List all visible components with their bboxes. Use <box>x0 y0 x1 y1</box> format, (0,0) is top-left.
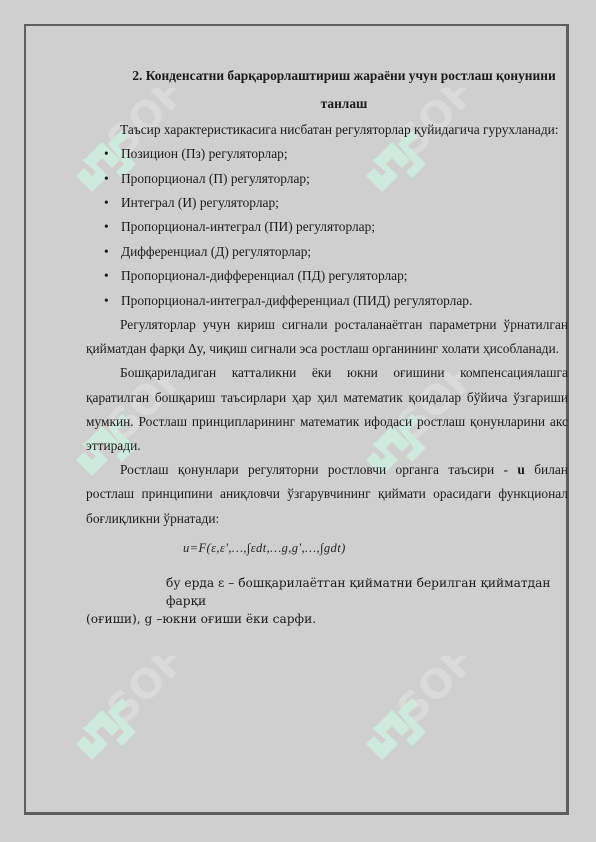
regulator-types-list: •Позицион (Пз) регуляторлар; •Пропорцион… <box>86 142 568 313</box>
list-item: •Дифференциал (Д) регуляторлар; <box>86 240 568 264</box>
control-variable-symbol: u <box>517 462 524 477</box>
formula-explanation: бу ерда ε – бошқарилаётган қийматни бери… <box>86 574 568 628</box>
control-law-formula: u=F(ε,ε',…,∫εdt,…g,g',…,∫gdt) <box>183 538 568 574</box>
list-item: •Интеграл (И) регуляторлар; <box>86 191 568 215</box>
intro-paragraph: Таъсир характеристикасига нисбатан регул… <box>86 118 568 142</box>
list-item: •Пропорционал-дифференциал (ПД) регулято… <box>86 264 568 288</box>
bullet-icon: • <box>104 289 109 313</box>
bullet-icon: • <box>104 167 109 191</box>
list-item: •Пропорционал-интеграл-дифференциал (ПИД… <box>86 289 568 313</box>
section-heading: 2. Конденсатни барқарорлаштириш жараёни … <box>86 62 568 118</box>
bullet-icon: • <box>104 240 109 264</box>
list-item: •Пропорционал (П) регуляторлар; <box>86 167 568 191</box>
list-item: •Пропорционал-интеграл (ПИ) регуляторлар… <box>86 215 568 239</box>
paragraph-control-laws: Ростлаш қонунлари регуляторни ростловчи … <box>86 458 568 531</box>
bullet-icon: • <box>104 264 109 288</box>
bullet-icon: • <box>104 215 109 239</box>
explanation-line-2: (оғиши), g –юкни оғиши ёки сарфи. <box>86 610 568 628</box>
document-body: 2. Конденсатни барқарорлаштириш жараёни … <box>86 62 568 628</box>
explanation-line-1: бу ерда ε – бошқарилаётган қийматни бери… <box>86 574 568 610</box>
bullet-icon: • <box>104 142 109 166</box>
list-item: •Позицион (Пз) регуляторлар; <box>86 142 568 166</box>
paragraph-input-output-signals: Регуляторлар учун кириш сигнали росталан… <box>86 313 568 361</box>
paragraph-control-actions: Бошқариладиган катталикни ёки юкни оғиши… <box>86 361 568 458</box>
bullet-icon: • <box>104 191 109 215</box>
